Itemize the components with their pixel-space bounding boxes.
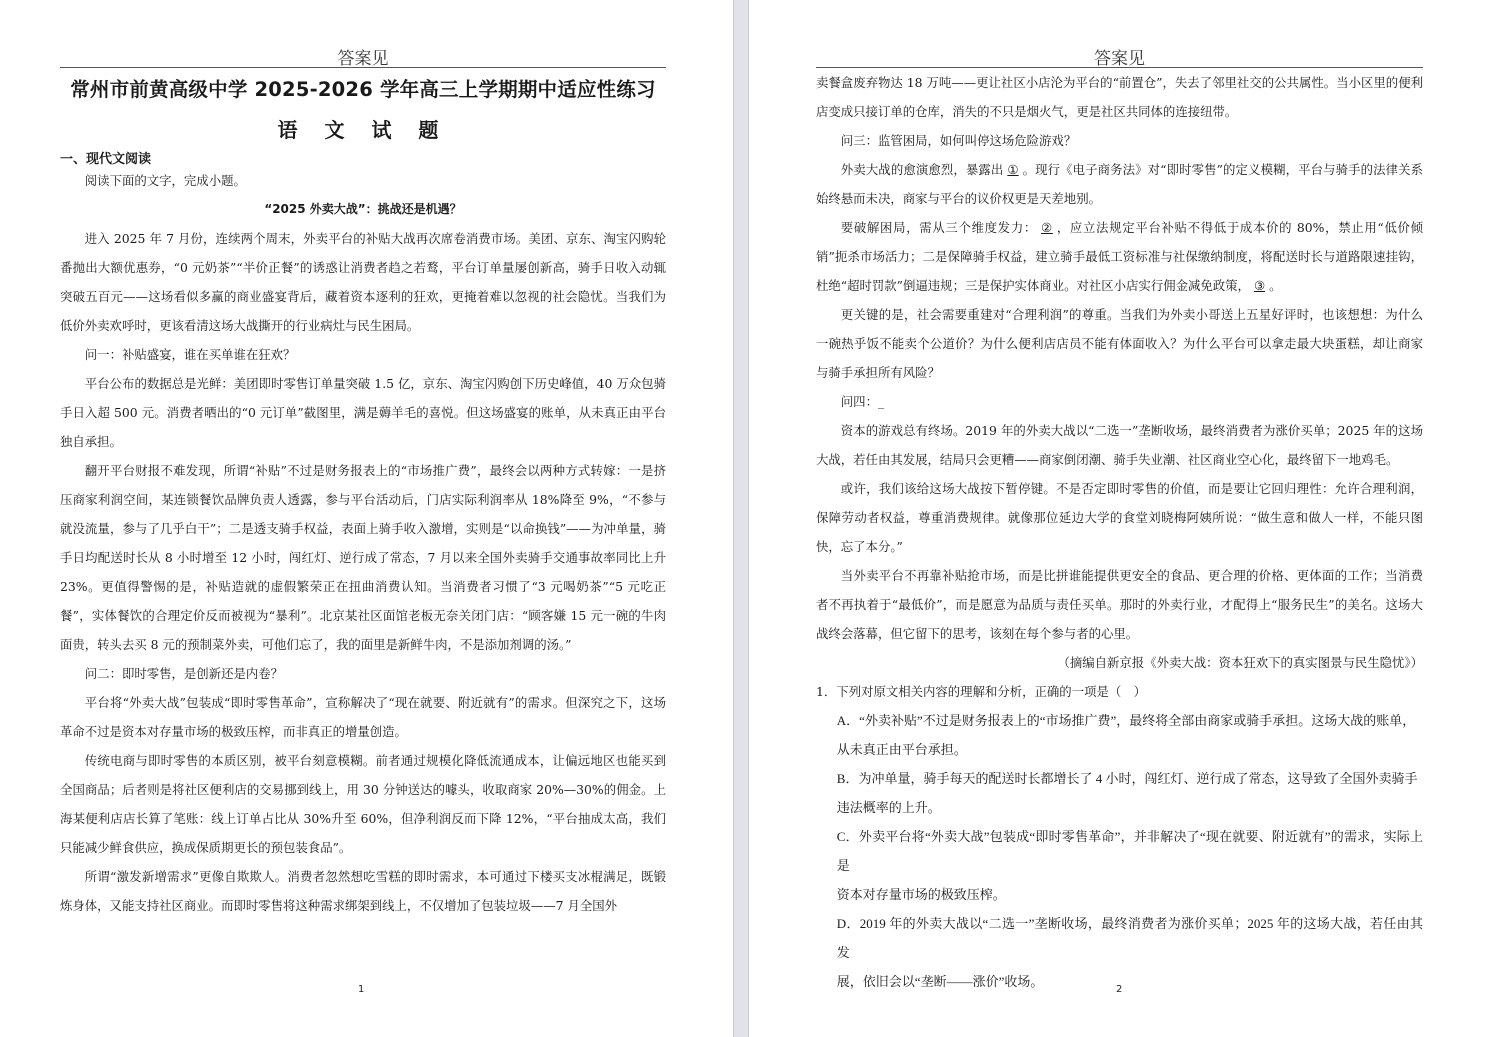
article-title: “2025 外卖大战”：挑战还是机遇？ [60,195,666,224]
paragraph: 传统电商与即时零售的本质区别，被平台刻意模糊。前者通过规模化降低流通成本，让偏远… [60,746,666,862]
paragraph: 资本的游戏总有终场。2019 年的外卖大战以“二选一”垄断收场，最终消费者为涨价… [816,416,1423,474]
instruction: 阅读下面的文字，完成小题。 [60,166,666,195]
option-b: B．为冲单量，骑手每天的配送时长都增长了 4 小时，闯红灯、逆行成了常态，这导致… [816,764,1423,793]
text: 要破解困局，需从三个维度发力： [841,220,1037,235]
page-header-mark: 答案见 [816,44,1423,69]
exam-subtitle: 语 文 试 题 [60,114,666,143]
exam-title: 常州市前黄高级中学 2025-2026 学年高三上学期期中适应性练习 [60,74,666,102]
paragraph: 所谓“激发新增需求”更像自欺欺人。消费者忽然想吃雪糕的即时需求，本可通过下楼买支… [60,862,666,920]
option-a: A．“外卖补贴”不过是财务报表上的“市场推广费”，最终将全部由商家或骑手承担。这… [816,706,1423,735]
option-d: D．2019 年的外卖大战以“二选一”垄断收场，最终消费者为涨价买单；2025 … [816,909,1423,967]
document-page-2: 答案见 卖餐盒废弃物达 18 万吨——更让社区小店沦为平台的“前置仓”，失去了邻… [749,0,1489,1037]
page-separator [733,0,749,1037]
header-rule [60,67,666,68]
paragraph: 当外卖平台不再靠补贴抢市场，而是比拼谁能提供更安全的食品、更合理的价格、更体面的… [816,561,1423,648]
blank-1: ① [1003,162,1022,177]
question-1-stem: 1．下列对原文相关内容的理解和分析，正确的一项是（ ） [816,677,1423,706]
paragraph-with-blanks-2-3: 要破解困局，需从三个维度发力：②，应立法规定平台补贴不得低于成本价的 80%，禁… [816,213,1423,300]
page-number: 1 [358,984,364,995]
subheading-question-2: 问二：即时零售，是创新还是内卷？ [60,659,666,688]
paragraph: 进入 2025 年 7 月份，连续两个周末，外卖平台的补贴大战再次席卷消费市场。… [60,224,666,340]
blank-3: ③ [1250,278,1269,293]
paragraph: 平台公布的数据总是光鲜：美团即时零售订单量突破 1.5 亿，京东、淘宝闪购创下历… [60,369,666,456]
blank-2: ② [1037,220,1057,235]
paragraph: 翻开平台财报不难发现，所谓“补贴”不过是财务报表上的“市场推广费”，最终会以两种… [60,456,666,659]
paragraph: 更关键的是，社会需要重建对“合理利润”的尊重。当我们为外卖小哥送上五星好评时，也… [816,300,1423,387]
page2-body: 卖餐盒废弃物达 18 万吨——更让社区小店沦为平台的“前置仓”，失去了邻里社交的… [816,68,1423,996]
option-b-cont: 违法概率的上升。 [816,793,1423,822]
page1-body: 阅读下面的文字，完成小题。 “2025 外卖大战”：挑战还是机遇？ 进入 202… [60,166,666,920]
source-citation: （摘编自新京报《外卖大战：资本狂欢下的真实图景与民生隐忧》） [816,648,1423,677]
section-heading: 一、现代文阅读 [60,148,151,167]
subheading-question-4: 问四：_ [816,387,1423,416]
document-page-1: 答案见 常州市前黄高级中学 2025-2026 学年高三上学期期中适应性练习 语… [0,0,733,1037]
paragraph: 平台将“外卖大战”包装成“即时零售革命”，宣称解决了“现在就要、附近就有”的需求… [60,688,666,746]
option-a-cont: 从未真正由平台承担。 [816,735,1423,764]
paragraph: 或许，我们该给这场大战按下暂停键。不是否定即时零售的价值，而是要让它回归理性：允… [816,474,1423,561]
text: 。 [1269,278,1281,293]
page-number: 2 [1116,984,1122,995]
text: 外卖大战的愈演愈烈，暴露出 [841,162,1004,177]
option-c: C．外卖平台将“外卖大战”包装成“即时零售革命”，并非解决了“现在就要、附近就有… [816,822,1423,880]
subheading-question-1: 问一：补贴盛宴，谁在买单谁在狂欢？ [60,340,666,369]
paragraph-with-blank-1: 外卖大战的愈演愈烈，暴露出①。现行《电子商务法》对“即时零售”的定义模糊，平台与… [816,155,1423,213]
paragraph: 卖餐盒废弃物达 18 万吨——更让社区小店沦为平台的“前置仓”，失去了邻里社交的… [816,68,1423,126]
subheading-question-3: 问三：监管困局，如何叫停这场危险游戏？ [816,126,1423,155]
page-header-mark: 答案见 [60,44,666,69]
option-c-cont: 资本对存量市场的极致压榨。 [816,880,1423,909]
